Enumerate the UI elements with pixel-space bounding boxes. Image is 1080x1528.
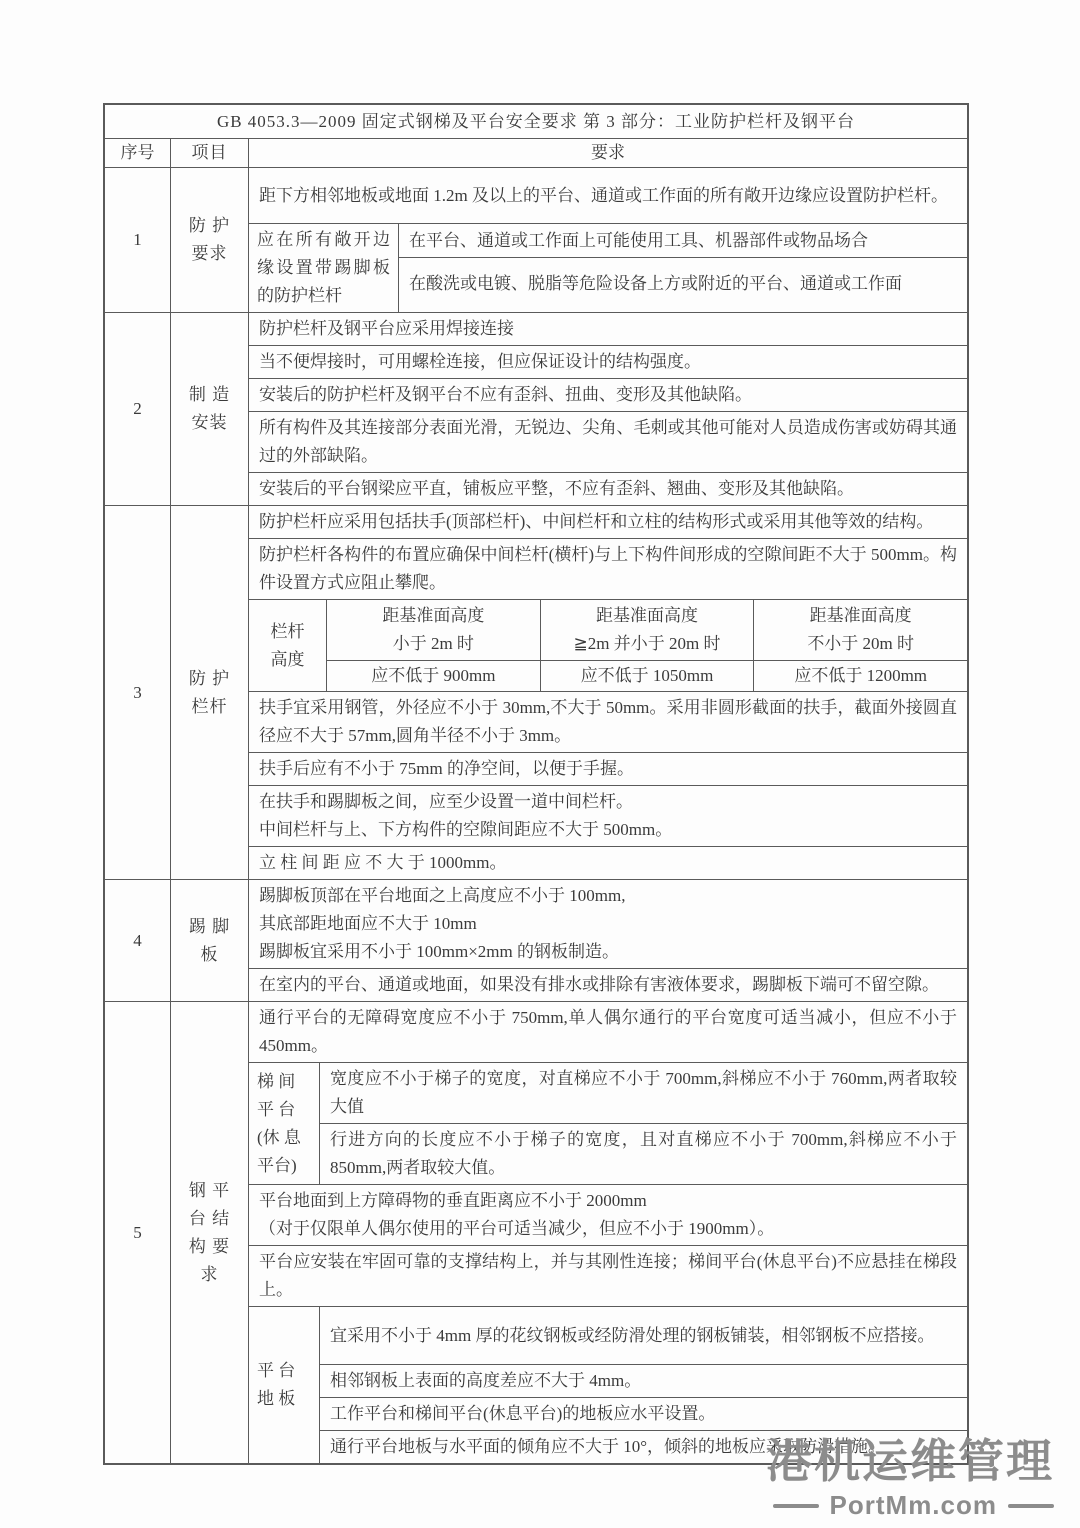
rail-height-val-1: 应不低于 900mm	[327, 661, 540, 691]
row3-cell-5: 在扶手和踢脚板之间，应至少设置一道中间栏杆。 中间栏杆与上、下方构件的空隙间距应…	[249, 786, 967, 847]
row1-nest-cell-1: 在平台、通道或工作面上可能使用工具、机器部件或物品场合	[399, 224, 967, 258]
row1-no: 1	[105, 168, 171, 312]
table-title: GB 4053.3—2009 固定式钢梯及平台安全要求 第 3 部分：工业防护栏…	[105, 105, 967, 139]
row4-cell-1: 踢脚板顶部在平台地面之上高度应不小于 100mm, 其底部距地面应不大于 10m…	[249, 880, 967, 969]
platform-floor-label: 平 台 地 板	[249, 1307, 320, 1463]
row2-cell-1: 防护栏杆及钢平台应采用焊接连接	[249, 313, 967, 346]
row5-cell-2: 平台地面到上方障碍物的垂直距离应不小于 2000mm （对于仅限单人偶尔使用的平…	[249, 1185, 967, 1246]
table-header-row: 序号 项目 要求	[105, 139, 967, 168]
row2-item: 制 造 安装	[171, 313, 249, 505]
rail-height-val-3: 应不低于 1200mm	[754, 661, 967, 691]
watermark-dash-left	[773, 1504, 819, 1508]
rail-height-cond-2: 距基准面高度 ≧2m 并小于 20m 时	[541, 600, 754, 661]
row3-no: 3	[105, 506, 171, 879]
row1-nest-cell-2: 在酸洗或电镀、脱脂等危险设备上方或附近的平台、通道或工作面	[399, 258, 967, 310]
table-row-2: 2 制 造 安装 防护栏杆及钢平台应采用焊接连接 当不便焊接时，可用螺栓连接，但…	[105, 313, 967, 506]
row3-cell-1: 防护栏杆应采用包括扶手(顶部栏杆)、中间栏杆和立柱的结构形式或采用其他等效的结构…	[249, 506, 967, 539]
platform-floor-row-3: 工作平台和梯间平台(休息平台)的地板应水平设置。	[320, 1398, 967, 1431]
row3-item: 防 护 栏杆	[171, 506, 249, 879]
site-watermark: 港机运维管理 PortMm.com	[754, 1436, 1054, 1521]
row1-nest-label: 应在所有敞开边缘设置带踢脚板的防护栏杆	[249, 224, 399, 312]
row3-cell-2: 防护栏杆各构件的布置应确保中间栏杆(横杆)与上下构件间形成的空隙间距不大于 50…	[249, 539, 967, 600]
ladder-platform-row-2: 行进方向的长度应不小于梯子的宽度，且对直梯应不小于 700mm,斜梯应不小于 8…	[320, 1124, 967, 1184]
standard-requirements-table: GB 4053.3—2009 固定式钢梯及平台安全要求 第 3 部分：工业防护栏…	[103, 103, 969, 1465]
row4-cell-2: 在室内的平台、通道或地面，如果没有排水或排除有害液体要求，踢脚板下端可不留空隙。	[249, 969, 967, 1001]
rail-height-col-2: 距基准面高度 ≧2m 并小于 20m 时 应不低于 1050mm	[541, 600, 755, 691]
table-row-4: 4 踢 脚 板 踢脚板顶部在平台地面之上高度应不小于 100mm, 其底部距地面…	[105, 880, 967, 1002]
header-col-req: 要求	[249, 139, 967, 167]
table-row-3: 3 防 护 栏杆 防护栏杆应采用包括扶手(顶部栏杆)、中间栏杆和立柱的结构形式或…	[105, 506, 967, 880]
rail-height-col-3: 距基准面高度 不小于 20m 时 应不低于 1200mm	[754, 600, 967, 691]
header-col-no: 序号	[105, 139, 171, 167]
ladder-platform-table: 梯 间 平 台 (休 息 平台) 宽度应不小于梯子的宽度，对直梯应不小于 700…	[249, 1063, 967, 1185]
row5-cell-3: 平台应安装在牢固可靠的支撑结构上，并与其刚性连接；梯间平台(休息平台)不应悬挂在…	[249, 1246, 967, 1307]
platform-floor-row-1: 宜采用不小于 4mm 厚的花纹钢板或经防滑处理的钢板铺装，相邻钢板不应搭接。	[320, 1307, 967, 1365]
watermark-brand-text: 港机运维管理	[754, 1436, 1054, 1486]
table-row-5: 5 钢 平 台 结 构 要 求 通行平台的无障碍宽度应不小于 750mm,单人偶…	[105, 1002, 967, 1463]
row3-cell-4: 扶手后应有不小于 75mm 的净空间，以便于手握。	[249, 753, 967, 786]
row5-no: 5	[105, 1002, 171, 1463]
rail-height-cond-1: 距基准面高度 小于 2m 时	[327, 600, 540, 661]
row3-cell-6: 立 柱 间 距 应 不 大 于 1000mm。	[249, 847, 967, 879]
row2-no: 2	[105, 313, 171, 505]
row1-item: 防 护 要求	[171, 168, 249, 312]
row5-cell-1: 通行平台的无障碍宽度应不小于 750mm,单人偶尔通行的平台宽度可适当减小，但应…	[249, 1002, 967, 1063]
header-col-item: 项目	[171, 139, 249, 167]
rail-height-cond-3: 距基准面高度 不小于 20m 时	[754, 600, 967, 661]
watermark-site-line: PortMm.com	[754, 1490, 1054, 1521]
row3-cell-3: 扶手宜采用钢管，外径应不小于 30mm,不大于 50mm。采用非圆形截面的扶手，…	[249, 692, 967, 753]
row1-main-cell: 距下方相邻地板或地面 1.2m 及以上的平台、通道或工作面的所有敞开边缘应设置防…	[249, 168, 967, 224]
row2-cell-5: 安装后的平台钢梁应平直，铺板应平整，不应有歪斜、翘曲、变形及其他缺陷。	[249, 473, 967, 505]
rail-height-label: 栏杆 高度	[249, 600, 327, 691]
row1-nested-table: 应在所有敞开边缘设置带踢脚板的防护栏杆 在平台、通道或工作面上可能使用工具、机器…	[249, 224, 967, 312]
watermark-site-text: PortMm.com	[830, 1490, 997, 1521]
row4-item: 踢 脚 板	[171, 880, 249, 1001]
row2-cell-4: 所有构件及其连接部分表面光滑，无锐边、尖角、毛刺或其他可能对人员造成伤害或妨碍其…	[249, 412, 967, 473]
table-row-1: 1 防 护 要求 距下方相邻地板或地面 1.2m 及以上的平台、通道或工作面的所…	[105, 168, 967, 313]
document-page: GB 4053.3—2009 固定式钢梯及平台安全要求 第 3 部分：工业防护栏…	[0, 0, 1080, 1528]
ladder-platform-row-1: 宽度应不小于梯子的宽度，对直梯应不小于 700mm,斜梯应不小于 760mm,两…	[320, 1063, 967, 1124]
ladder-platform-label: 梯 间 平 台 (休 息 平台)	[249, 1063, 320, 1184]
row2-cell-3: 安装后的防护栏杆及钢平台不应有歪斜、扭曲、变形及其他缺陷。	[249, 379, 967, 412]
row4-no: 4	[105, 880, 171, 1001]
rail-height-table: 栏杆 高度 距基准面高度 小于 2m 时 应不低于 900mm 距基准面高度 ≧…	[249, 600, 967, 692]
row2-cell-2: 当不便焊接时，可用螺栓连接，但应保证设计的结构强度。	[249, 346, 967, 379]
rail-height-col-1: 距基准面高度 小于 2m 时 应不低于 900mm	[327, 600, 541, 691]
row5-item: 钢 平 台 结 构 要 求	[171, 1002, 249, 1463]
watermark-dash-right	[1008, 1504, 1054, 1508]
platform-floor-row-2: 相邻钢板上表面的高度差应不大于 4mm。	[320, 1365, 967, 1398]
rail-height-val-2: 应不低于 1050mm	[541, 661, 754, 691]
